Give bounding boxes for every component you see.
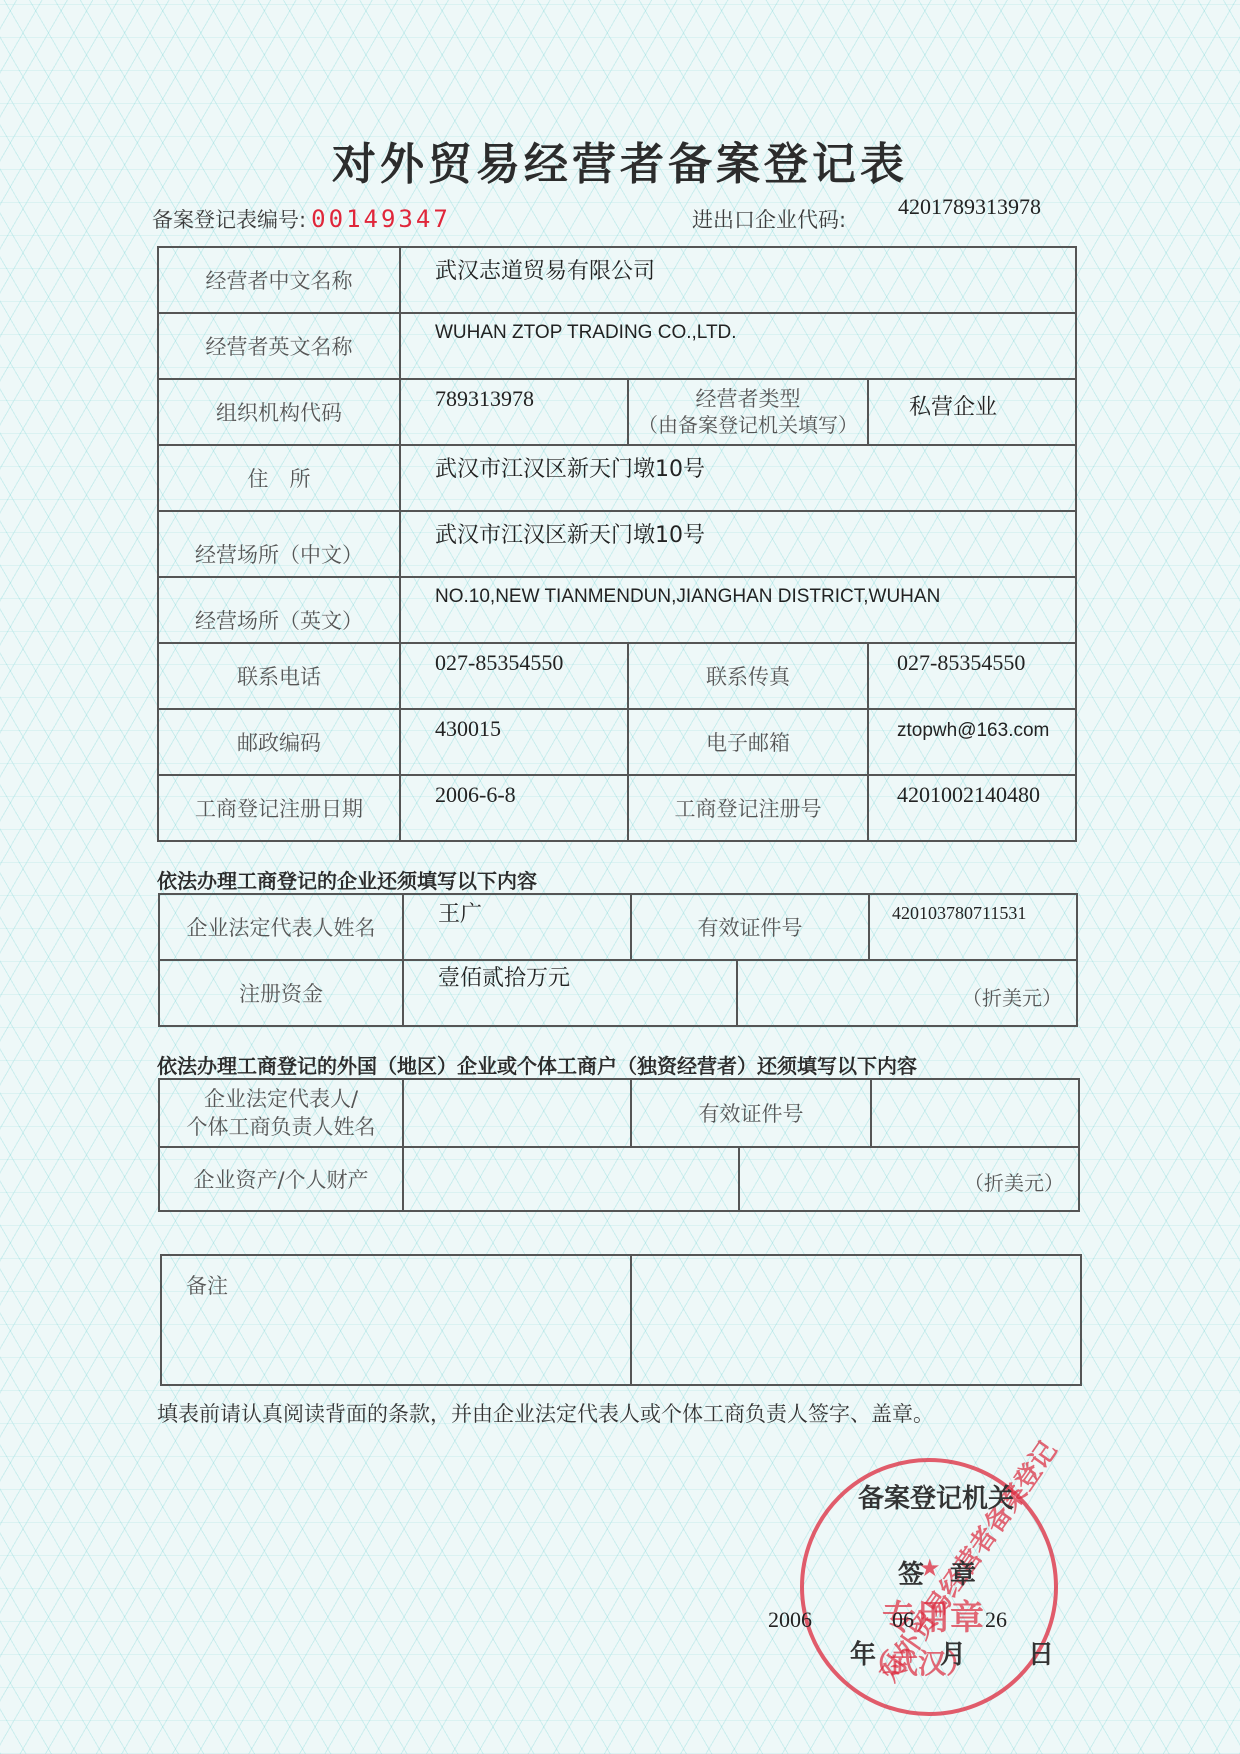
day-label: 日: [1028, 1634, 1054, 1671]
document-title: 对外贸易经营者备案登记表: [0, 128, 1240, 192]
usd-suffix: （折美元）: [962, 982, 1062, 1011]
org-code-value: 789313978: [400, 379, 628, 445]
rep-label-line1: 企业法定代表人/: [160, 1085, 402, 1113]
serial-number-row: 备案登记表编号: 00149347: [152, 204, 451, 234]
table-row: 经营者中文名称 武汉志道贸易有限公司: [158, 247, 1076, 313]
table-row: 企业法定代表人/ 个体工商负责人姓名 有效证件号: [159, 1079, 1079, 1147]
enterprise-code-label: 进出口企业代码:: [692, 208, 846, 232]
seal-label: 签 章: [898, 1554, 976, 1591]
cn-name-label: 经营者中文名称: [158, 247, 400, 313]
id-label: 有效证件号: [631, 894, 869, 960]
operator-type-sublabel: （由备案登记机关填写）: [629, 412, 867, 438]
rep-value: [403, 1079, 631, 1147]
postcode-value: 430015: [400, 709, 628, 775]
assets-usd-cell: （折美元）: [739, 1147, 1079, 1211]
premises-cn-label: 经营场所（中文）: [158, 511, 400, 577]
reg-date-value: 2006-6-8: [400, 775, 628, 841]
remarks-label: 备注: [161, 1255, 631, 1385]
usd-suffix: （折美元）: [964, 1167, 1064, 1196]
premises-cn-value: 武汉市江汉区新天门墩10号: [400, 511, 1076, 577]
section3-table: 企业法定代表人/ 个体工商负责人姓名 有效证件号 企业资产/个人财产 （折美元）: [158, 1078, 1080, 1212]
enterprise-code-row: 进出口企业代码:: [692, 204, 846, 234]
year-value: 2006: [768, 1607, 812, 1633]
table-row: 注册资金 壹佰贰拾万元 （折美元）: [159, 960, 1077, 1026]
en-name-label: 经营者英文名称: [158, 313, 400, 379]
residence-label: 住 所: [158, 445, 400, 511]
section2-table: 企业法定代表人姓名 王广 有效证件号 420103780711531 注册资金 …: [158, 893, 1078, 1027]
table-row: 经营场所（英文） NO.10,NEW TIANMENDUN,JIANGHAN D…: [158, 577, 1076, 643]
month-value: 06: [892, 1607, 914, 1633]
operator-type-label: 经营者类型: [629, 386, 867, 412]
rep-label-line2: 个体工商负责人姓名: [160, 1113, 402, 1141]
year-label: 年: [850, 1634, 876, 1671]
id-label: 有效证件号: [631, 1079, 871, 1147]
day-value: 26: [985, 1607, 1007, 1633]
operator-type-value: 私营企业: [868, 379, 1076, 445]
section2-heading: 依法办理工商登记的企业还须填写以下内容: [157, 865, 537, 894]
table-row: 住 所 武汉市江汉区新天门墩10号: [158, 445, 1076, 511]
postcode-label: 邮政编码: [158, 709, 400, 775]
residence-value: 武汉市江汉区新天门墩10号: [400, 445, 1076, 511]
table-row: 联系电话 027-85354550 联系传真 027-85354550: [158, 643, 1076, 709]
fax-label: 联系传真: [628, 643, 868, 709]
premises-en-label: 经营场所（英文）: [158, 577, 400, 643]
capital-value: 壹佰贰拾万元: [403, 960, 737, 1026]
table-row: 经营者英文名称 WUHAN ZTOP TRADING CO.,LTD.: [158, 313, 1076, 379]
email-label: 电子邮箱: [628, 709, 868, 775]
table-row: 企业资产/个人财产 （折美元）: [159, 1147, 1079, 1211]
serial-label: 备案登记表编号:: [152, 208, 306, 232]
cn-name-value: 武汉志道贸易有限公司: [400, 247, 1076, 313]
section3-heading: 依法办理工商登记的外国（地区）企业或个体工商户（独资经营者）还须填写以下内容: [157, 1050, 917, 1079]
id-value: 420103780711531: [869, 894, 1077, 960]
table-row: 工商登记注册日期 2006-6-8 工商登记注册号 4201002140480: [158, 775, 1076, 841]
assets-value: [403, 1147, 739, 1211]
serial-value: 00149347: [311, 205, 451, 233]
enterprise-code-value: 4201789313978: [898, 194, 1041, 220]
main-registration-table: 经营者中文名称 武汉志道贸易有限公司 经营者英文名称 WUHAN ZTOP TR…: [157, 246, 1077, 842]
reg-no-label: 工商登记注册号: [628, 775, 868, 841]
table-row: 邮政编码 430015 电子邮箱 ztopwh@163.com: [158, 709, 1076, 775]
table-row: 企业法定代表人姓名 王广 有效证件号 420103780711531: [159, 894, 1077, 960]
legal-rep-value: 王广: [403, 894, 631, 960]
fax-value: 027-85354550: [868, 643, 1076, 709]
email-value: ztopwh@163.com: [868, 709, 1076, 775]
reg-date-label: 工商登记注册日期: [158, 775, 400, 841]
phone-label: 联系电话: [158, 643, 400, 709]
remarks-value: [631, 1255, 1081, 1385]
month-label: 月: [940, 1634, 966, 1671]
legal-rep-label: 企业法定代表人姓名: [159, 894, 403, 960]
en-name-value: WUHAN ZTOP TRADING CO.,LTD.: [400, 313, 1076, 379]
capital-usd-cell: （折美元）: [737, 960, 1077, 1026]
org-code-label: 组织机构代码: [158, 379, 400, 445]
table-row: 经营场所（中文） 武汉市江汉区新天门墩10号: [158, 511, 1076, 577]
operator-type-label-cell: 经营者类型 （由备案登记机关填写）: [628, 379, 868, 445]
table-row: 组织机构代码 789313978 经营者类型 （由备案登记机关填写） 私营企业: [158, 379, 1076, 445]
assets-label: 企业资产/个人财产: [159, 1147, 403, 1211]
capital-label: 注册资金: [159, 960, 403, 1026]
id-value: [871, 1079, 1079, 1147]
footer-note: 填表前请认真阅读背面的条款，并由企业法定代表人或个体工商负责人签字、盖章。: [157, 1398, 934, 1428]
remarks-table: 备注: [160, 1254, 1082, 1386]
rep-label-cell: 企业法定代表人/ 个体工商负责人姓名: [159, 1079, 403, 1147]
table-row: 备注: [161, 1255, 1081, 1385]
premises-en-value: NO.10,NEW TIANMENDUN,JIANGHAN DISTRICT,W…: [400, 577, 1076, 643]
reg-no-value: 4201002140480: [868, 775, 1076, 841]
authority-label: 备案登记机关: [858, 1478, 1014, 1515]
phone-value: 027-85354550: [400, 643, 628, 709]
